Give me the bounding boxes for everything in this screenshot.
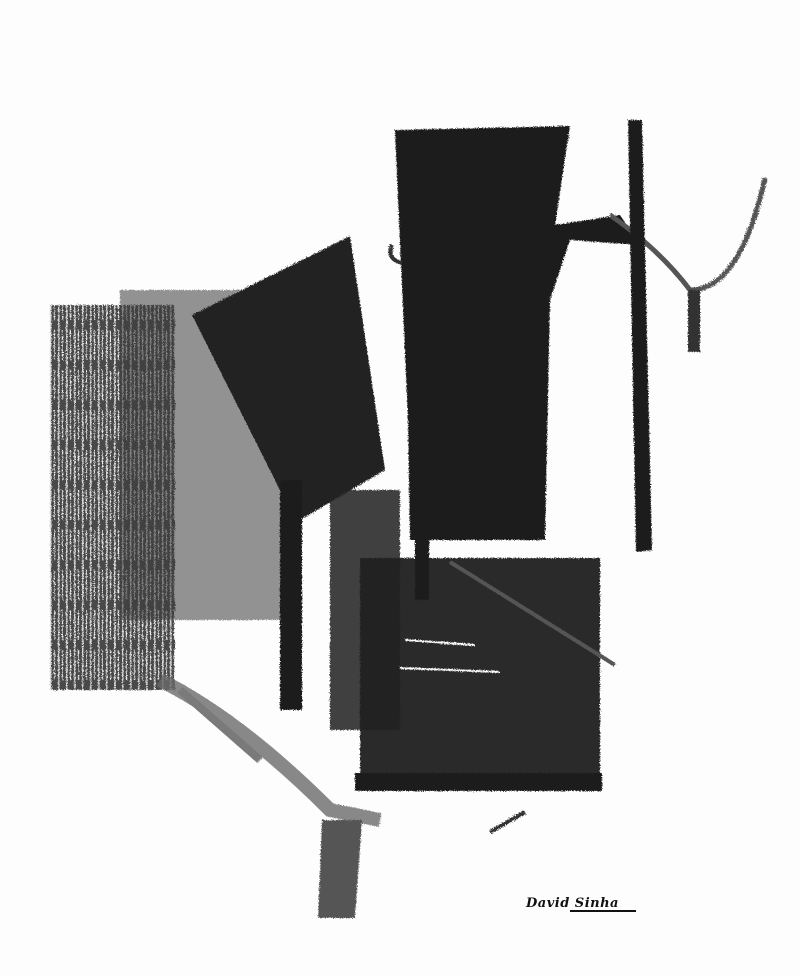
vertical-stroke (628, 120, 652, 552)
signature-underline (570, 910, 636, 912)
ink-painting (0, 0, 800, 976)
stem-stroke (318, 820, 362, 918)
artwork-canvas: David Sinha (0, 0, 800, 976)
tall-block (395, 126, 640, 540)
artist-signature: David Sinha (526, 896, 619, 911)
